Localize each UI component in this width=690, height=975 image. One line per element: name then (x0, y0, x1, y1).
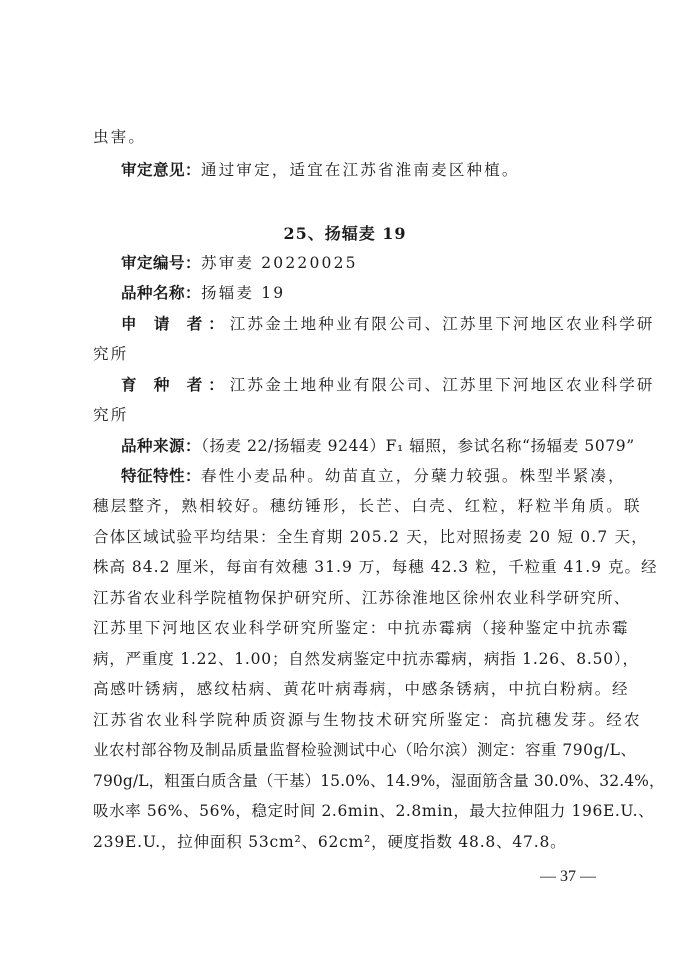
characteristics-line: 穗层整齐，熟相较好。穗纺锤形，长芒、白壳、红粒，籽粒半角质。联 (93, 496, 598, 516)
field-label: 特征特性： (121, 467, 201, 485)
page-number: — 37 — (540, 868, 596, 886)
field-breeder: 育 种 者：江苏金土地种业有限公司、江苏里下河地区农业科学研 (121, 375, 598, 395)
field-approval-no: 审定编号：苏审麦 20220025 (121, 253, 598, 273)
characteristics-line: 高感叶锈病，感纹枯病、黄花叶病毒病，中感条锈病，中抗白粉病。经 (93, 679, 598, 699)
characteristics-line: 合体区域试验平均结果：全生育期 205.2 天，比对照扬麦 20 短 0.7 天… (93, 527, 598, 547)
section-title: 25、扬辐麦 19 (0, 221, 690, 244)
document-page: 虫害。 审定意见：通过审定，适宜在江苏省淮南麦区种植。 25、扬辐麦 19 审定… (0, 0, 690, 975)
field-label: 申 请 者： (121, 315, 230, 333)
field-applicant-cont: 究所 (93, 344, 598, 364)
field-label: 品种来源： (121, 437, 201, 455)
characteristics-line: 790g/L，粗蛋白质含量（干基）15.0%、14.9%，湿面筋含量 30.0%… (93, 771, 598, 791)
characteristics-line: 株高 84.2 厘米，每亩有效穗 31.9 万，每穗 42.3 粒，千粒重 41… (93, 557, 598, 577)
characteristics-line: 江苏省农业科学院植物保护研究所、江苏徐淮地区徐州农业科学研究所、 (93, 588, 598, 608)
field-label: 品种名称： (121, 284, 201, 302)
field-label: 审定意见： (121, 161, 201, 179)
previous-entry-tail: 虫害。 (93, 127, 598, 147)
field-value: 春性小麦品种。幼苗直立，分蘖力较强。株型半紧凑， (201, 467, 626, 485)
field-value: 江苏金土地种业有限公司、江苏里下河地区农业科学研 (230, 376, 655, 394)
previous-opinion: 审定意见：通过审定，适宜在江苏省淮南麦区种植。 (121, 160, 598, 180)
characteristics-line: 业农村部谷物及制品质量监督检验测试中心（哈尔滨）测定：容重 790g/L、 (93, 740, 598, 760)
field-value: 苏审麦 20220025 (201, 254, 358, 272)
characteristics-line: 江苏里下河地区农业科学研究所鉴定：中抗赤霉病（接种鉴定中抗赤霉 (93, 618, 598, 638)
characteristics-line: 江苏省农业科学院种质资源与生物技术研究所鉴定：高抗穗发芽。经农 (93, 710, 598, 730)
field-label: 审定编号： (121, 254, 201, 272)
field-variety-name: 品种名称：扬辐麦 19 (121, 283, 598, 303)
field-label: 育 种 者： (121, 376, 230, 394)
field-value: 江苏金土地种业有限公司、江苏里下河地区农业科学研 (230, 315, 655, 333)
characteristics-line: 吸水率 56%、56%，稳定时间 2.6min、2.8min，最大拉伸阻力 19… (93, 801, 598, 821)
field-applicant: 申 请 者：江苏金土地种业有限公司、江苏里下河地区农业科学研 (121, 314, 598, 334)
field-value: （扬麦 22/扬辐麦 9244）F₁ 辐照，参试名称“扬辐麦 5079” (201, 437, 635, 455)
field-value: 通过审定，适宜在江苏省淮南麦区种植。 (201, 161, 520, 179)
field-value: 扬辐麦 19 (201, 284, 285, 302)
characteristics-line: 病，严重度 1.22、1.00；自然发病鉴定中抗赤霉病，病指 1.26、8.50… (93, 649, 598, 669)
field-characteristics: 特征特性：春性小麦品种。幼苗直立，分蘖力较强。株型半紧凑， (121, 466, 598, 486)
field-breeder-cont: 究所 (93, 405, 598, 425)
characteristics-line: 239E.U.，拉伸面积 53cm²、62cm²，硬度指数 48.8、47.8。 (93, 832, 598, 852)
field-origin: 品种来源：（扬麦 22/扬辐麦 9244）F₁ 辐照，参试名称“扬辐麦 5079… (121, 436, 598, 456)
